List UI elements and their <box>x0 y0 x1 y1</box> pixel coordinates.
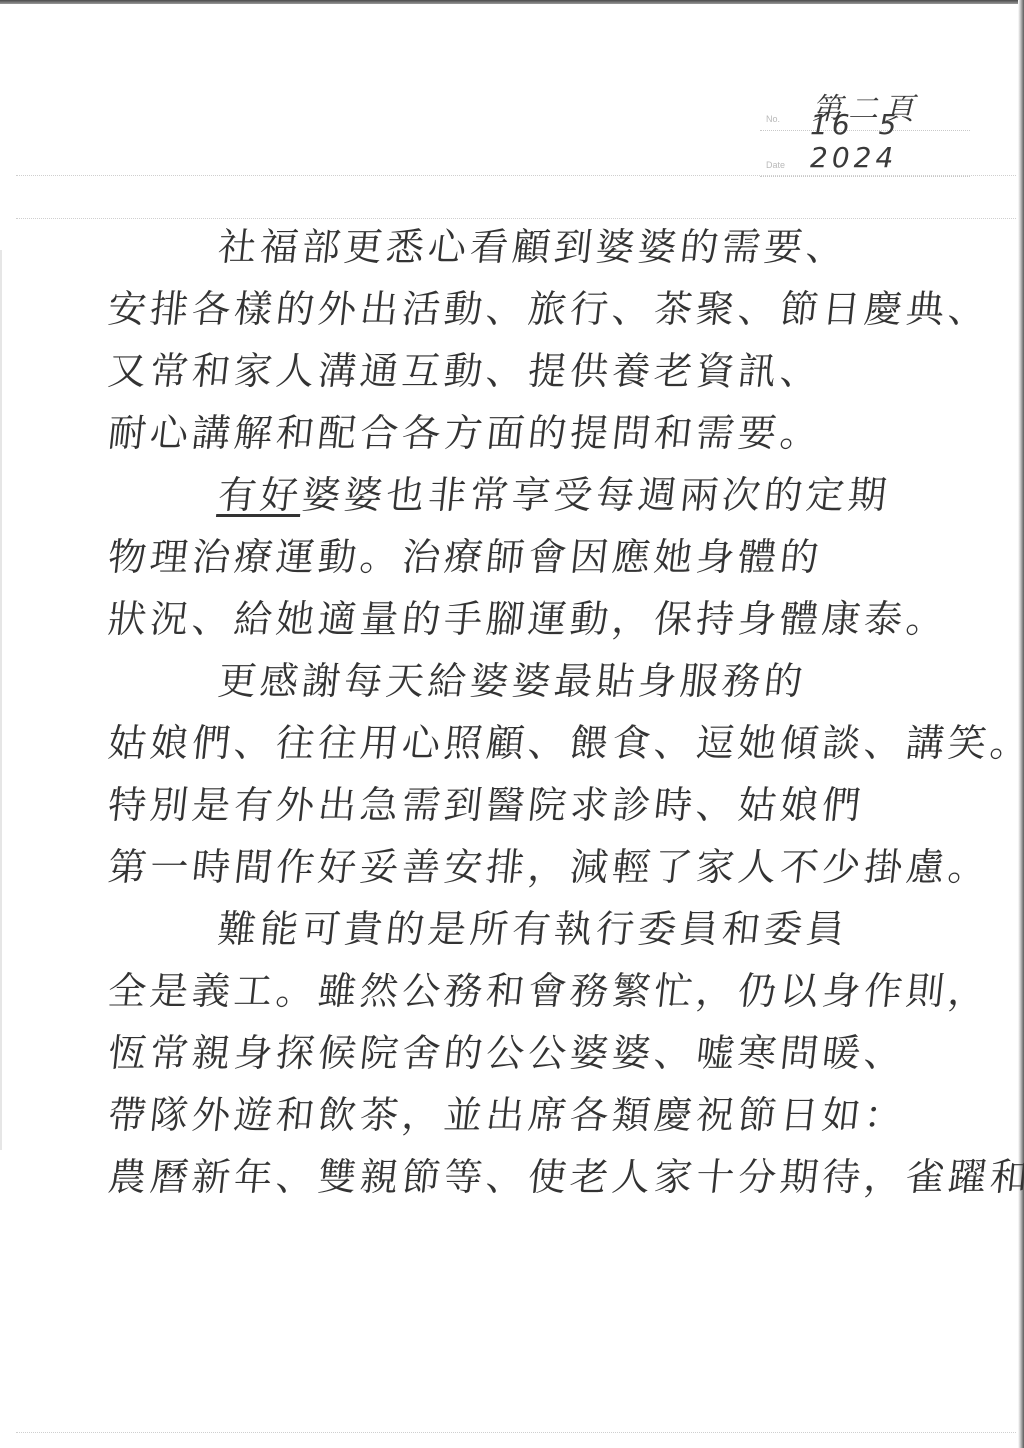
scan-left-edge <box>0 250 2 1150</box>
letter-line: 安排各樣的外出活動、旅行、茶聚、節日慶典、 <box>105 278 952 340</box>
letter-line: 有好婆婆也非常享受每週兩次的定期 <box>105 464 952 526</box>
letter-line: 社福部更悉心看顧到婆婆的需要、 <box>105 216 952 278</box>
ruled-line <box>16 1432 1016 1433</box>
letter-line: 農曆新年、雙親節等、使老人家十分期待，雀躍和開心。 <box>105 1146 952 1208</box>
letter-line: 恆常親身探候院舍的公公婆婆、嘘寒問暖、 <box>105 1022 952 1084</box>
letter-body: 社福部更悉心看顧到婆婆的需要、 安排各樣的外出活動、旅行、茶聚、節日慶典、 又常… <box>105 200 945 1208</box>
letter-line: 耐心講解和配合各方面的提問和需要。 <box>105 402 952 464</box>
letter-line: 帶隊外遊和飲茶，並出席各類慶祝節日如： <box>105 1084 952 1146</box>
date-value: 16 5 2024 <box>810 108 970 174</box>
letter-line: 狀況、給她適量的手腳運動，保持身體康泰。 <box>105 588 952 650</box>
letter-line: 更感謝每天給婆婆最貼身服務的 <box>105 650 952 712</box>
letter-line: 第一時間作好妥善安排，減輕了家人不少掛慮。 <box>105 836 952 898</box>
letter-line: 難能可貴的是所有執行委員和委員 <box>105 898 952 960</box>
page-number-label: No. <box>766 114 780 124</box>
date-field: Date 16 5 2024 <box>760 136 970 177</box>
letter-line: 又常和家人溝通互動、提供養老資訊、 <box>105 340 952 402</box>
scan-top-edge <box>0 0 1024 4</box>
letter-line: 全是義工。雖然公務和會務繁忙，仍以身作則， <box>105 960 952 1022</box>
letter-line: 姑娘們、往往用心照顧、餵食、逗她傾談、講笑。 <box>105 712 952 774</box>
ruled-line <box>16 175 1016 176</box>
date-label: Date <box>766 160 785 170</box>
underlined-text: 有好 <box>216 473 305 517</box>
letter-line: 特別是有外出急需到醫院求診時、姑娘們 <box>105 774 952 836</box>
letter-line: 物理治療運動。治療師會因應她身體的 <box>105 526 952 588</box>
